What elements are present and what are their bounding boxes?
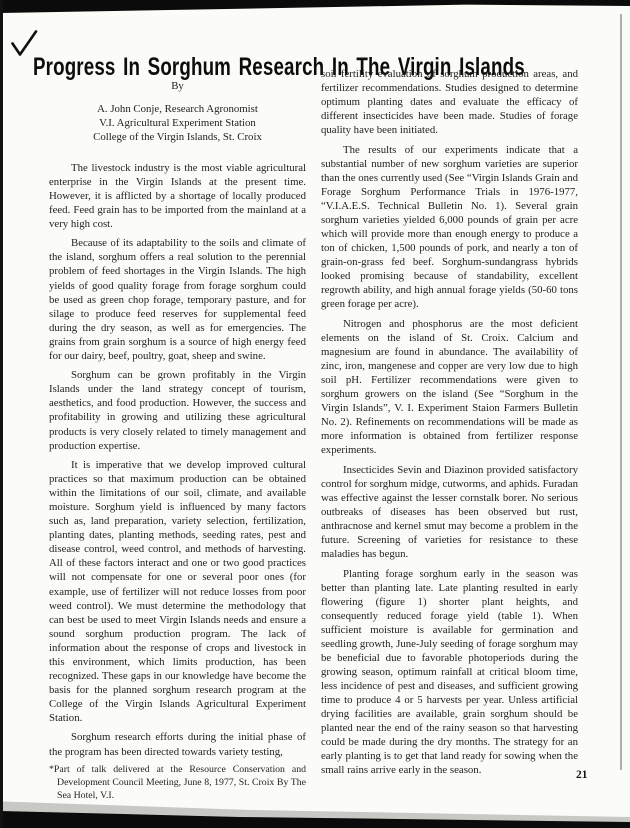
scan-artifact-top-edge bbox=[0, 0, 630, 13]
page-right-edge-line bbox=[620, 14, 622, 770]
article-paragraph: It is imperative that we develop improve… bbox=[49, 458, 306, 725]
byline-block: A. John Conje, Research Agronomist V.I. … bbox=[49, 102, 306, 145]
article-paragraph: soil fertility evaluation of sorghum pro… bbox=[321, 67, 578, 137]
article-paragraph: Planting forage sorghum early in the sea… bbox=[321, 567, 578, 778]
footnote: *Part of talk delivered at the Resource … bbox=[49, 764, 306, 802]
article-paragraph: Sorghum research efforts during the init… bbox=[49, 730, 306, 758]
article-paragraph: The livestock industry is the most viabl… bbox=[49, 161, 306, 231]
article-paragraph: Because of its adaptability to the soils… bbox=[49, 236, 306, 362]
page-number: 21 bbox=[576, 769, 588, 781]
article-paragraph: Insecticides Sevin and Diazinon provided… bbox=[321, 463, 578, 561]
left-column: By A. John Conje, Research Agronomist V.… bbox=[49, 79, 306, 808]
byline-college: College of the Virgin Islands, St. Croix bbox=[49, 130, 306, 144]
scanned-article-page: Progress In Sorghum Research In The Virg… bbox=[0, 0, 630, 828]
byline-station: V.I. Agricultural Experiment Station bbox=[49, 116, 306, 130]
byline-author: A. John Conje, Research Agronomist bbox=[49, 102, 306, 116]
article-paragraph: Nitrogen and phosphorus are the most def… bbox=[321, 317, 578, 457]
byline-by-label: By bbox=[49, 79, 306, 93]
article-paragraph: Sorghum can be grown profitably in the V… bbox=[49, 368, 306, 452]
scan-artifact-left-edge bbox=[0, 0, 3, 828]
right-column: soil fertility evaluation of sorghum pro… bbox=[321, 67, 578, 783]
article-paragraph: The results of our experiments indicate … bbox=[321, 143, 578, 312]
